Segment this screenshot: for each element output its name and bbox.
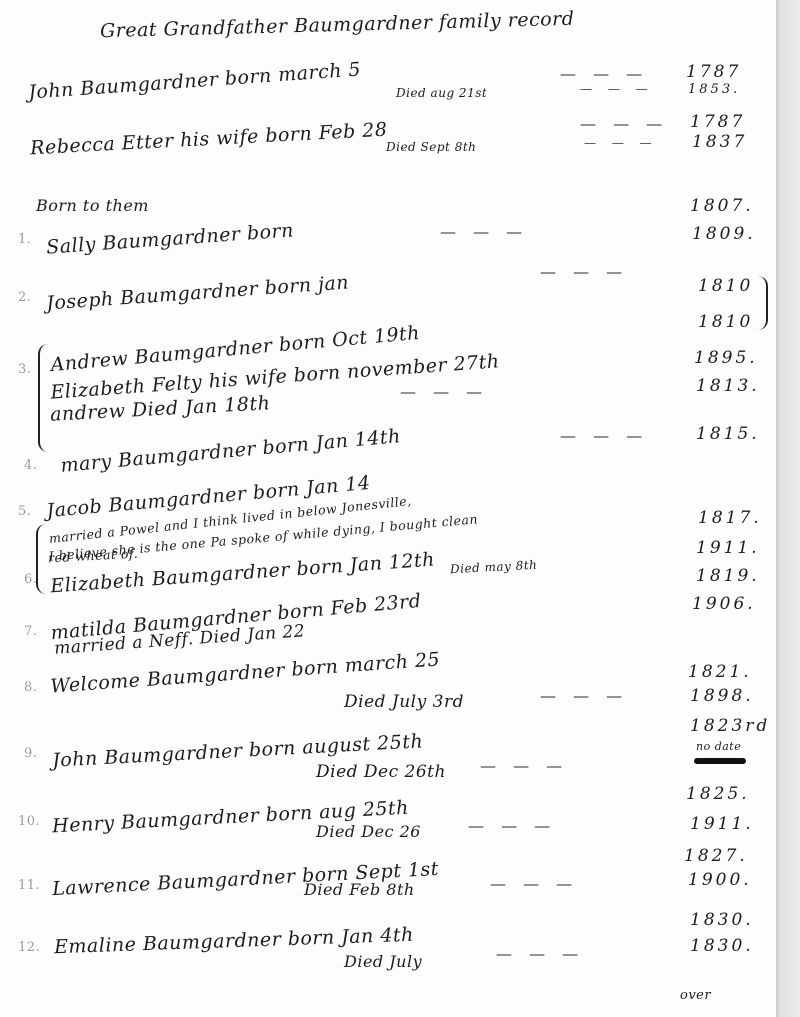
john-no-date: no date [696, 740, 741, 753]
welcome-died: Died July 3rd [344, 692, 464, 712]
footer-over: over [680, 988, 711, 1003]
child-number: 7. [24, 624, 37, 639]
lawrence-died-year: 1900. [688, 870, 752, 890]
child-john-year: 1823rd [690, 716, 770, 736]
dash-leader: — — — [496, 944, 584, 963]
parent-mother-line: Rebecca Etter his wife born Feb 28 [30, 119, 388, 160]
child-sally: Sally Baumgardner born [46, 219, 295, 258]
elizabeth-died: Died may 8th [450, 558, 538, 577]
emaline-died: Died July [344, 952, 422, 971]
child-sally-year: 1809. [692, 224, 756, 244]
dash-leader: — — — [400, 382, 488, 401]
dash-leader: — — — [480, 756, 568, 775]
father-death-year: 1853. [688, 82, 740, 97]
child-number: 8. [24, 680, 37, 695]
child-welcome-year: 1821. [688, 662, 752, 682]
child-lawrence-year: 1827. [684, 846, 748, 866]
mother-birth-year: 1787 [690, 112, 745, 132]
dash-leader: — — — [440, 222, 528, 241]
dash-leader: — — — [560, 426, 648, 445]
handwritten-record-page: Great Grandfather Baumgardner family rec… [0, 0, 776, 1017]
child-joseph: Joseph Baumgardner born jan [46, 271, 350, 314]
welcome-died-year: 1898. [690, 686, 754, 706]
dash-leader: — — — [490, 874, 578, 893]
left-brace [36, 524, 48, 594]
father-birth-year: 1787 [686, 62, 741, 82]
child-number: 10. [18, 814, 40, 829]
dash-leader: — — — [584, 136, 658, 150]
emaline-died-year: 1830. [690, 936, 754, 956]
henry-died: Died Dec 26 [316, 822, 421, 841]
page-edge-border [776, 0, 800, 1017]
dash-leader: — — — [580, 114, 668, 133]
dash-leader: — — — [540, 262, 628, 281]
child-andrew-year: 1810 [698, 312, 753, 332]
child-number: 12. [18, 940, 40, 955]
dash-leader: — — — [580, 82, 654, 96]
right-brace [756, 276, 768, 330]
mother-death-year: 1837 [692, 132, 747, 152]
child-jacob-year: 1817. [698, 508, 762, 528]
child-number: 3. [18, 362, 31, 377]
andrew-died-year: 1813. [696, 376, 760, 396]
child-mary-year: 1815. [696, 424, 760, 444]
child-number: 6. [24, 572, 37, 587]
dash-leader: — — — [468, 816, 556, 835]
child-number: 4. [24, 458, 37, 473]
record-title: Great Grandfather Baumgardner family rec… [100, 8, 575, 42]
child-number: 11. [18, 878, 40, 893]
left-brace [38, 344, 50, 452]
child-matilda-year: 1906. [692, 594, 756, 614]
dash-leader: — — — [540, 686, 628, 705]
children-heading-year: 1807. [690, 196, 754, 216]
andrew-wife-year: 1895. [694, 348, 758, 368]
child-elizabeth-year: 1819. [696, 566, 760, 586]
henry-died-year: 1911. [690, 814, 754, 834]
child-number: 2. [18, 290, 31, 305]
mother-died: Died Sept 8th [386, 140, 476, 154]
dash-leader: — — — [560, 64, 648, 83]
child-emaline-year: 1830. [690, 910, 754, 930]
child-welcome: Welcome Baumgardner born march 25 [50, 648, 441, 697]
child-number: 9. [24, 746, 37, 761]
john-died: Died Dec 26th [316, 762, 446, 782]
child-joseph-year: 1810 [698, 276, 753, 296]
child-number: 5. [18, 504, 31, 519]
child-henry-year: 1825. [686, 784, 750, 804]
children-heading: Born to them [36, 196, 149, 215]
elizabeth-died-year: 1911. [696, 538, 760, 558]
child-mary: mary Baumgardner born Jan 14th [60, 425, 402, 477]
parent-father-line: John Baumgardner born march 5 [28, 58, 362, 103]
child-number: 1. [18, 232, 31, 247]
father-died: Died aug 21st [396, 86, 487, 100]
scribbled-out-date [694, 758, 746, 764]
lawrence-died: Died Feb 8th [304, 880, 415, 899]
